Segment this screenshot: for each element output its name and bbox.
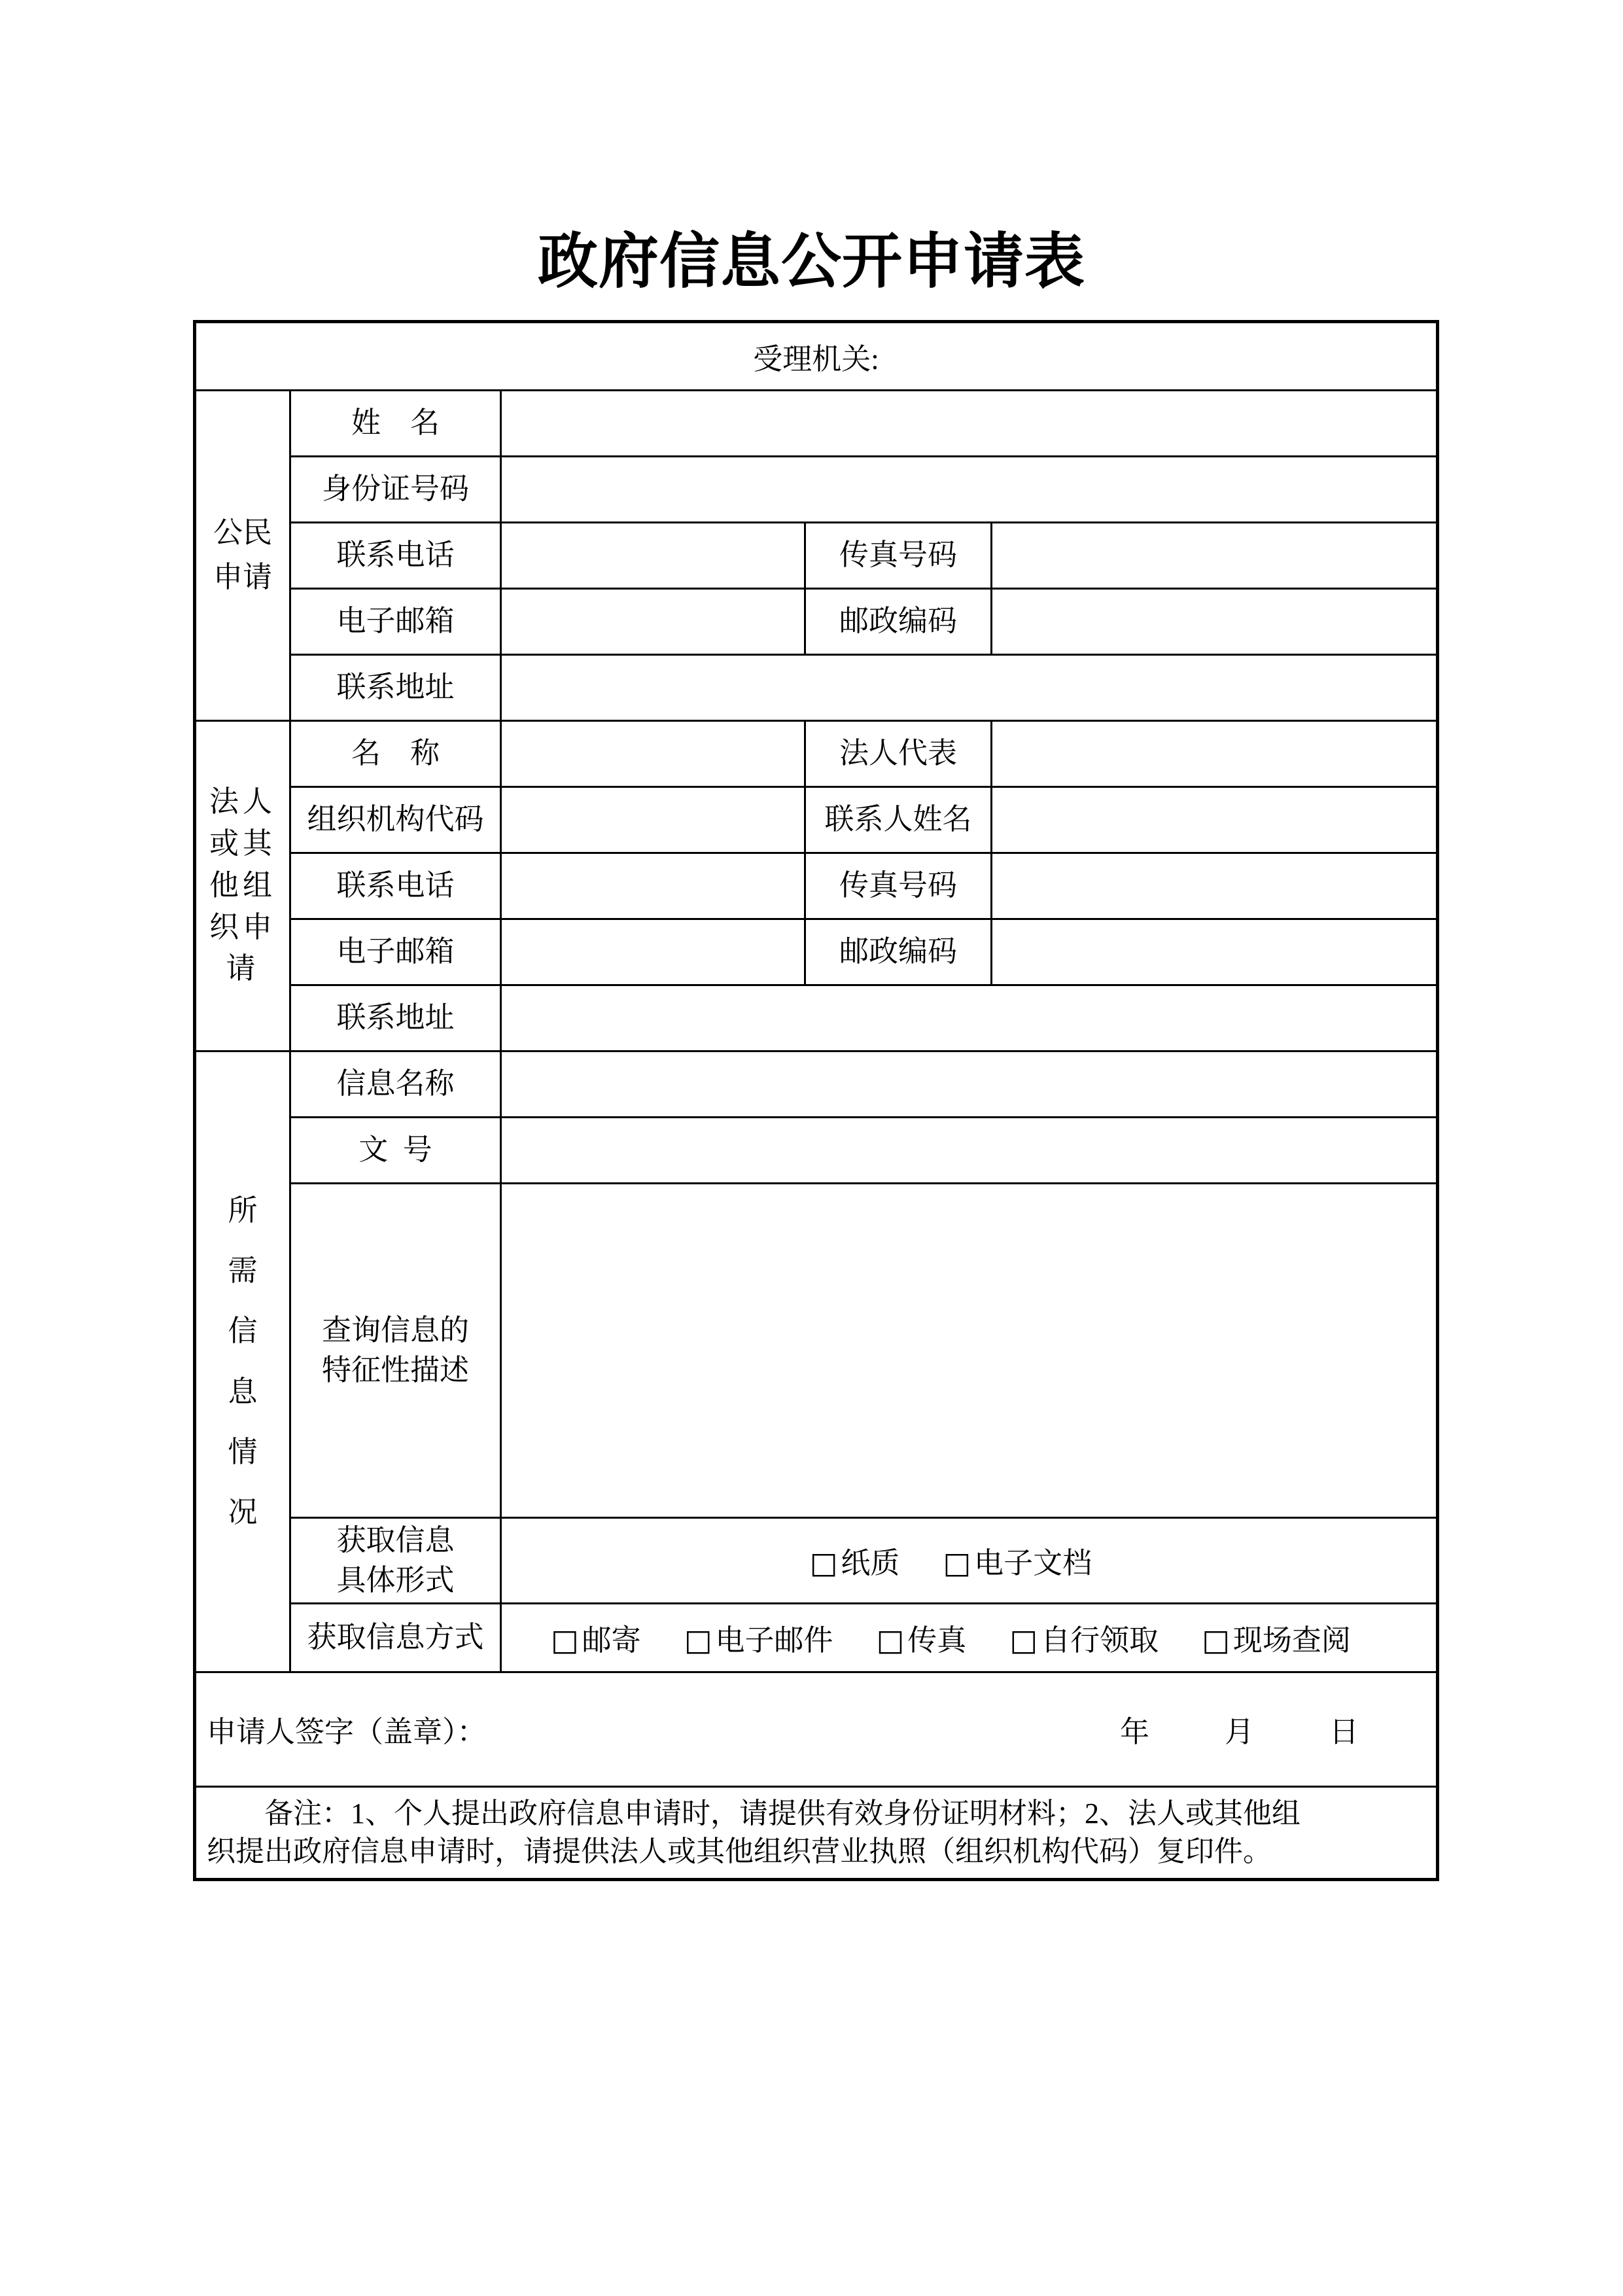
info-method-options-cell: □邮寄 □电子邮件 □传真 □自行领取 □现场查阅 — [501, 1603, 1438, 1672]
citizen-id-label: 身份证号码 — [290, 456, 501, 522]
signature-label: 申请人签字（盖章）： — [207, 1708, 487, 1750]
info-doc-number-value[interactable] — [501, 1117, 1438, 1183]
row-legal-email-postcode: 电子邮箱 邮政编码 — [195, 919, 1438, 985]
row-legal-phone-fax: 联系电话 传真号码 — [195, 853, 1438, 919]
citizen-section-label: 公民 申请 — [195, 390, 290, 720]
legal-phone-label: 联系电话 — [290, 853, 501, 919]
row-legal-name-rep: 法人 或其 他组 织申 请 名 称 法人代表 — [195, 720, 1438, 786]
option-email-label: 电子邮件 — [715, 1624, 833, 1657]
note-cell: 备注：1、个人提出政府信息申请时，请提供有效身份证明材料；2、法人或其他组 织提… — [195, 1786, 1438, 1879]
row-citizen-phone-fax: 联系电话 传真号码 — [195, 522, 1438, 588]
legal-section-label: 法人 或其 他组 织申 请 — [195, 720, 290, 1051]
info-format-label: 获取信息 具体形式 — [290, 1517, 501, 1603]
row-citizen-email-postcode: 电子邮箱 邮政编码 — [195, 588, 1438, 654]
option-onsite-reading[interactable]: □现场查阅 — [1202, 1624, 1351, 1657]
citizen-phone-value[interactable] — [501, 522, 805, 588]
checkbox-icon: □ — [810, 1545, 838, 1580]
signature-cell[interactable]: 申请人签字（盖章）： 年 月 日 — [195, 1672, 1438, 1786]
option-electronic-doc[interactable]: □电子文档 — [943, 1547, 1092, 1580]
note-text: 备注：1、个人提出政府信息申请时，请提供有效身份证明材料；2、法人或其他组 织提… — [196, 1788, 1436, 1878]
citizen-fax-value[interactable] — [992, 522, 1438, 588]
row-citizen-name: 公民 申请 姓 名 — [195, 390, 1438, 456]
option-email[interactable]: □电子邮件 — [684, 1624, 833, 1657]
day-label: 日 — [1329, 1708, 1359, 1750]
citizen-name-label: 姓 名 — [290, 390, 501, 456]
checkbox-icon: □ — [943, 1545, 971, 1580]
year-label: 年 — [1120, 1708, 1149, 1750]
legal-representative-value[interactable] — [992, 720, 1438, 786]
option-fax[interactable]: □传真 — [877, 1624, 967, 1657]
citizen-phone-label: 联系电话 — [290, 522, 501, 588]
month-label: 月 — [1225, 1708, 1254, 1750]
legal-name-value[interactable] — [501, 720, 805, 786]
accepting-authority-label: 受理机关: — [753, 343, 879, 376]
checkbox-icon: □ — [1010, 1623, 1038, 1657]
accepting-authority-cell[interactable]: 受理机关: — [195, 321, 1438, 390]
page-title: 政府信息公开申请表 — [0, 230, 1623, 294]
citizen-postcode-label: 邮政编码 — [805, 588, 992, 654]
application-form-table: 受理机关: 公民 申请 姓 名 身份证号码 联系电话 传真号码 电子邮箱 邮政编… — [193, 320, 1439, 1881]
option-fax-label: 传真 — [907, 1624, 966, 1657]
row-info-doc-number: 文 号 — [195, 1117, 1438, 1183]
legal-postcode-value[interactable] — [992, 919, 1438, 985]
checkbox-icon: □ — [877, 1623, 905, 1657]
row-citizen-id: 身份证号码 — [195, 456, 1438, 522]
citizen-id-value[interactable] — [501, 456, 1438, 522]
info-description-label: 查询信息的 特征性描述 — [290, 1183, 501, 1517]
checkbox-icon: □ — [684, 1623, 712, 1657]
row-info-format: 获取信息 具体形式 □纸质 □电子文档 — [195, 1517, 1438, 1603]
row-legal-address: 联系地址 — [195, 985, 1438, 1051]
legal-representative-label: 法人代表 — [805, 720, 992, 786]
document-page: 政府信息公开申请表 受理机关: 公民 申请 姓 名 身份证号码 联系电话 传真号… — [0, 0, 1623, 2296]
row-signature: 申请人签字（盖章）： 年 月 日 — [195, 1672, 1438, 1786]
citizen-fax-label: 传真号码 — [805, 522, 992, 588]
info-format-options-cell: □纸质 □电子文档 — [501, 1517, 1438, 1603]
citizen-name-value[interactable] — [501, 390, 1438, 456]
option-electronic-doc-label: 电子文档 — [974, 1547, 1092, 1580]
legal-orgcode-value[interactable] — [501, 786, 805, 853]
checkbox-icon: □ — [1202, 1623, 1230, 1657]
legal-phone-value[interactable] — [501, 853, 805, 919]
citizen-address-value[interactable] — [501, 654, 1438, 720]
option-mail[interactable]: □邮寄 — [551, 1624, 641, 1657]
row-accepting-authority: 受理机关: — [195, 321, 1438, 390]
legal-postcode-label: 邮政编码 — [805, 919, 992, 985]
legal-address-value[interactable] — [501, 985, 1438, 1051]
info-name-label: 信息名称 — [290, 1051, 501, 1117]
info-description-value[interactable] — [501, 1183, 1438, 1517]
legal-address-label: 联系地址 — [290, 985, 501, 1051]
option-self-pickup-label: 自行领取 — [1041, 1624, 1159, 1657]
row-note: 备注：1、个人提出政府信息申请时，请提供有效身份证明材料；2、法人或其他组 织提… — [195, 1786, 1438, 1879]
option-paper[interactable]: □纸质 — [810, 1547, 900, 1580]
info-method-label: 获取信息方式 — [290, 1603, 501, 1672]
option-onsite-reading-label: 现场查阅 — [1233, 1624, 1351, 1657]
row-info-description: 查询信息的 特征性描述 — [195, 1183, 1438, 1517]
signature-row: 申请人签字（盖章）： 年 月 日 — [196, 1708, 1436, 1750]
legal-contact-name-label: 联系人姓名 — [805, 786, 992, 853]
option-self-pickup[interactable]: □自行领取 — [1010, 1624, 1159, 1657]
option-mail-label: 邮寄 — [582, 1624, 641, 1657]
checkbox-icon: □ — [551, 1623, 579, 1657]
legal-fax-label: 传真号码 — [805, 853, 992, 919]
info-doc-number-label: 文 号 — [290, 1117, 501, 1183]
info-section-label: 所 需 信 息 情 况 — [195, 1051, 290, 1672]
option-paper-label: 纸质 — [841, 1547, 899, 1580]
row-citizen-address: 联系地址 — [195, 654, 1438, 720]
legal-email-value[interactable] — [501, 919, 805, 985]
row-info-method: 获取信息方式 □邮寄 □电子邮件 □传真 □自行领取 □现场查阅 — [195, 1603, 1438, 1672]
citizen-address-label: 联系地址 — [290, 654, 501, 720]
legal-email-label: 电子邮箱 — [290, 919, 501, 985]
legal-fax-value[interactable] — [992, 853, 1438, 919]
legal-contact-name-value[interactable] — [992, 786, 1438, 853]
date-fields: 年 月 日 — [1120, 1708, 1436, 1750]
citizen-email-label: 电子邮箱 — [290, 588, 501, 654]
row-info-name: 所 需 信 息 情 况 信息名称 — [195, 1051, 1438, 1117]
legal-name-label: 名 称 — [290, 720, 501, 786]
row-legal-orgcode-contact: 组织机构代码 联系人姓名 — [195, 786, 1438, 853]
legal-orgcode-label: 组织机构代码 — [290, 786, 501, 853]
citizen-postcode-value[interactable] — [992, 588, 1438, 654]
citizen-email-value[interactable] — [501, 588, 805, 654]
info-name-value[interactable] — [501, 1051, 1438, 1117]
